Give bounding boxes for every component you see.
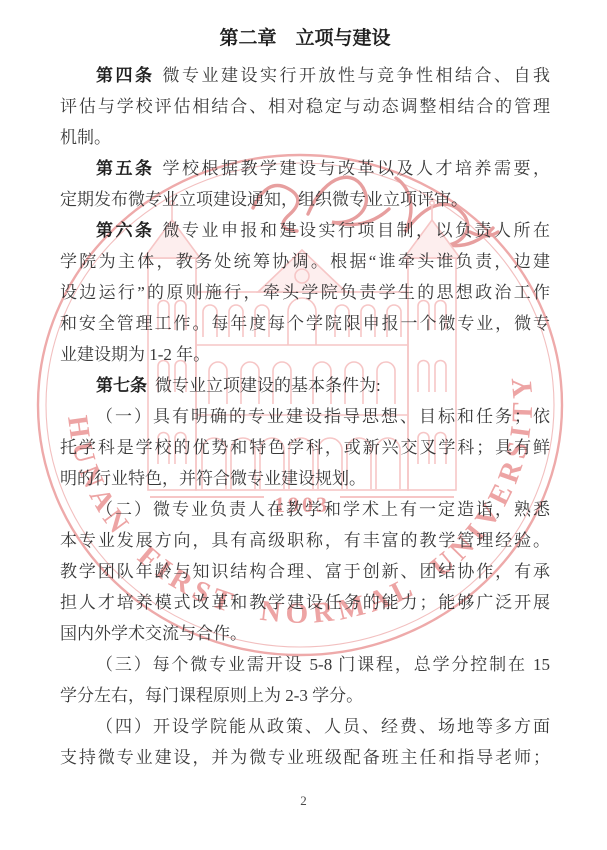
text-line: 第四条微专业建设实行开放性与竞争性相结合、自我 (60, 60, 550, 91)
clause-number: 第七条 (96, 376, 147, 395)
text-line: 国内外学术交流与合作。 (60, 618, 550, 649)
text-line: （二）微专业负责人在教学和学术上有一定造诣，熟悉 (60, 494, 550, 525)
clause-number: 第五条 (96, 159, 155, 178)
chapter-title: 第二章 立项与建设 (60, 26, 550, 52)
text-line: 第五条学校根据教学建设与改革以及人才培养需要， (60, 153, 550, 184)
text-line: 明的行业特色，并符合微专业建设规划。 (60, 463, 550, 494)
text-line: 学分左右，每门课程原则上为 2-3 学分。 (60, 680, 550, 711)
text-line: 学院为主体，教务处统筹协调。根据“谁牵头谁负责，边建 (60, 246, 550, 277)
text-line: 托学科是学校的优势和特色学科，或新兴交叉学科；具有鲜 (60, 432, 550, 463)
text-line: 支持微专业建设，并为微专业班级配备班主任和指导老师； (60, 742, 550, 773)
text-line: 第六条微专业申报和建设实行项目制，以负责人所在 (60, 215, 550, 246)
clause-number: 第四条 (96, 66, 155, 85)
text-line: 第七条微专业立项建设的基本条件为: (60, 370, 550, 401)
text-line: 教学团队年龄与知识结构合理、富于创新、团结协作，有承 (60, 556, 550, 587)
page-number: 2 (0, 793, 607, 809)
document-content: 第二章 立项与建设 第四条微专业建设实行开放性与竞争性相结合、自我评估与学校评估… (0, 0, 607, 773)
document-body: 第四条微专业建设实行开放性与竞争性相结合、自我评估与学校评估相结合、相对稳定与动… (60, 60, 550, 773)
clause-number: 第六条 (96, 221, 155, 240)
text-line: 评估与学校评估相结合、相对稳定与动态调整相结合的管理 (60, 91, 550, 122)
text-line: 本专业发展方向，具有高级职称，有丰富的教学管理经验。 (60, 525, 550, 556)
text-line: （四）开设学院能从政策、人员、经费、场地等多方面 (60, 711, 550, 742)
text-line: 担人才培养模式改革和教学建设任务的能力；能够广泛开展 (60, 587, 550, 618)
text-line: 定期发布微专业立项建设通知，组织微专业立项评审。 (60, 184, 550, 215)
text-line: 和安全管理工作。每年度每个学院限申报一个微专业，微专 (60, 308, 550, 339)
text-line: （三）每个微专业需开设 5-8 门课程，总学分控制在 15 (60, 649, 550, 680)
text-line: 设边运行”的原则施行，牵头学院负责学生的思想政治工作 (60, 277, 550, 308)
text-line: 机制。 (60, 122, 550, 153)
document-page: 1903 HUNAN FIRST NORMAL UNIVERSITY 第二章 立… (0, 0, 607, 850)
text-line: （一）具有明确的专业建设指导思想、目标和任务；依 (60, 401, 550, 432)
text-line: 业建设期为 1-2 年。 (60, 339, 550, 370)
